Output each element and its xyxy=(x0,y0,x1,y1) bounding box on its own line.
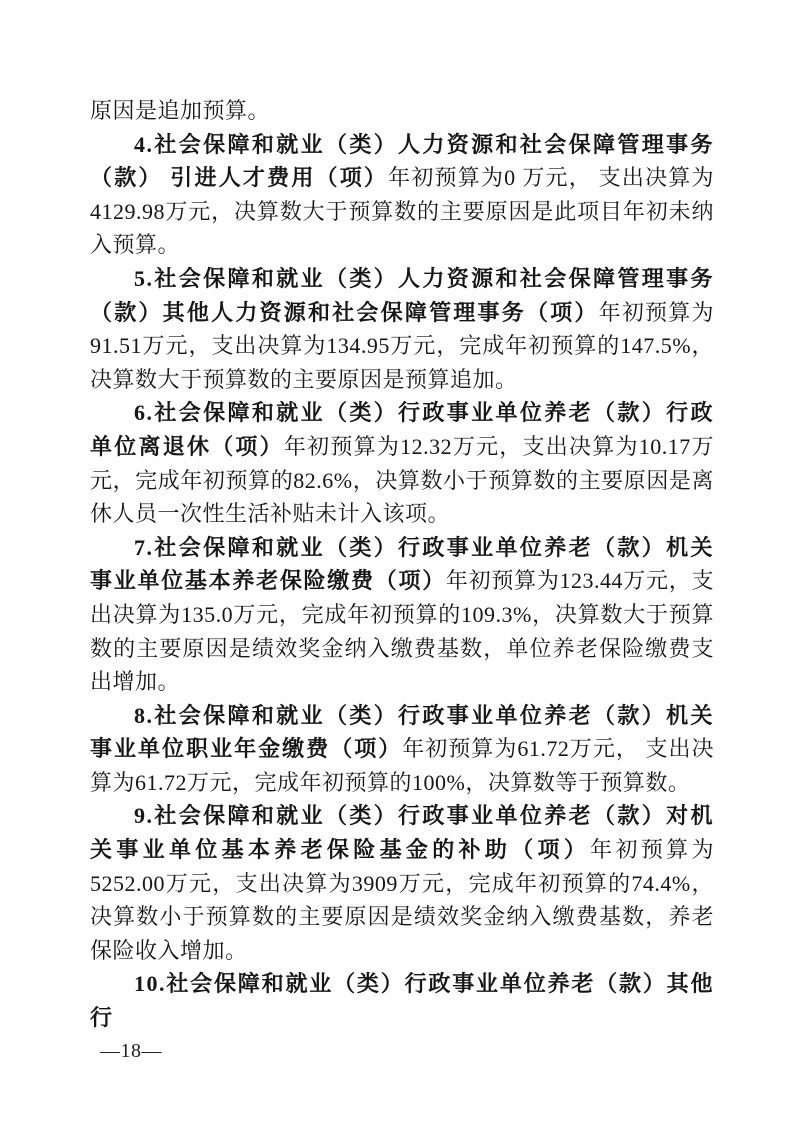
paragraph-item-4: 4.社会保障和就业（类）人力资源和社会保障管理事务（款） 引进人才费用（项）年初… xyxy=(90,128,714,262)
page-number: —18— xyxy=(100,1040,162,1063)
item-10-heading: 10.社会保障和就业（类）行政事业单位养老（款）其他行 xyxy=(90,971,714,1030)
document-body: 原因是追加预算。 4.社会保障和就业（类）人力资源和社会保障管理事务（款） 引进… xyxy=(90,94,714,1035)
paragraph-text: 原因是追加预算。 xyxy=(90,98,270,123)
paragraph-item-6: 6.社会保障和就业（类）行政事业单位养老（款）行政单位离退休（项）年初预算为12… xyxy=(90,396,714,530)
paragraph-item-7: 7.社会保障和就业（类）行政事业单位养老（款）机关事业单位基本养老保险缴费（项）… xyxy=(90,531,714,699)
paragraph-item-8: 8.社会保障和就业（类）行政事业单位养老（款）机关事业单位职业年金缴费（项）年初… xyxy=(90,699,714,800)
paragraph-continuation: 原因是追加预算。 xyxy=(90,94,714,128)
document-page: 原因是追加预算。 4.社会保障和就业（类）人力资源和社会保障管理事务（款） 引进… xyxy=(0,0,793,1122)
paragraph-item-9: 9.社会保障和就业（类）行政事业单位养老（款）对机关事业单位基本养老保险基金的补… xyxy=(90,799,714,967)
paragraph-item-10: 10.社会保障和就业（类）行政事业单位养老（款）其他行 xyxy=(90,967,714,1034)
paragraph-item-5: 5.社会保障和就业（类）人力资源和社会保障管理事务（款）其他人力资源和社会保障管… xyxy=(90,262,714,396)
